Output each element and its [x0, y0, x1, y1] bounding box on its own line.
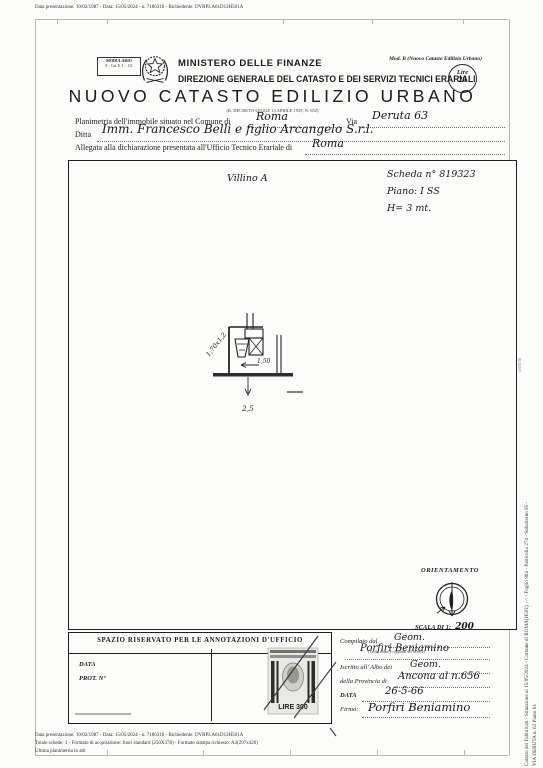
- plan-dim-arrow: 1,50: [257, 358, 271, 365]
- ditta-value: Imm. Francesco Belli e figlio Arcangelo …: [102, 122, 374, 136]
- scanned-cadastral-document: Data presentazione: 10/02/1987 - Data: 1…: [0, 0, 543, 768]
- scala-label: SCALA DI 1:: [415, 624, 451, 631]
- via-value: Deruta 63: [372, 109, 428, 122]
- scan-footer-line3: Ultima planimetria in atti: [35, 749, 86, 754]
- edge-text-line1: Catasto dei Fabbricati - Situazione al 1…: [524, 502, 530, 766]
- albo-label: Iscritto all' Albo dei: [340, 664, 392, 671]
- annotations-box: SPAZIO RISERVATO PER LE ANNOTAZIONI D'UF…: [68, 632, 332, 724]
- document-title: NUOVO CATASTO EDILIZIO URBANO: [35, 86, 510, 107]
- drawing-area: Villino A Scheda n° 819323 Piano: I SS H…: [68, 160, 517, 630]
- plan-dim-bottom: 2,5: [241, 404, 254, 413]
- compass-icon: [429, 579, 475, 621]
- compilato-value: Geom.: [394, 632, 425, 643]
- ruler-tick: [290, 750, 291, 755]
- illegible-printer-note: [75, 713, 131, 715]
- ruler-tick: [377, 750, 378, 755]
- scan-footer-line1: Data presentazione: 10/02/1987 - Data: 1…: [35, 733, 243, 738]
- compiler-data-label: DATA: [340, 692, 357, 699]
- dotted-line: [305, 153, 505, 155]
- piano-note: Piano: I SS: [387, 186, 440, 197]
- scheda-note: Scheda n° 819323: [387, 169, 476, 180]
- state-emblem-icon: [136, 51, 174, 89]
- ditta-label: Ditta: [75, 130, 91, 139]
- firma-value: Porfiri Beniamino: [368, 700, 470, 714]
- ruler-tick: [464, 750, 465, 755]
- sheet-left-border: [35, 19, 36, 756]
- altezza-note: H= 3 mt.: [387, 203, 431, 214]
- albo-value: Geom.: [410, 659, 441, 670]
- scan-footer-line2: Totale schede: 1 - Formato di acquisizio…: [35, 741, 258, 746]
- data-label: DATA: [79, 661, 96, 668]
- provincia-value: Ancona al n.656: [398, 671, 480, 682]
- compiler-data-value: 26-5-66: [385, 686, 424, 697]
- edge-text-line2: VIA DERUTA n. 63 Piano S1: [532, 704, 538, 766]
- directorate-name: DIREZIONE GENERALE DEL CATASTO E DEI SER…: [178, 74, 476, 85]
- mod-b-label: Mod. B (Nuovo Catasto Edilizio Urbano): [352, 56, 482, 62]
- annotations-divider: [211, 649, 212, 721]
- top-ruler-line: [35, 19, 508, 20]
- modulario-box: MODULARIO F. - Cat. E. T. - 111: [97, 57, 141, 76]
- ruler-tick: [463, 19, 464, 24]
- ufficio-label: Allegata alla dichiarazione presentata a…: [75, 143, 292, 152]
- modulario-line2: F. - Cat. E. T. - 111: [98, 64, 140, 70]
- villino-note: Villino A: [227, 173, 268, 184]
- floor-plan-sketch: 1,50 1,70x1,2 2,5: [201, 313, 316, 421]
- orientamento-label: ORIENTAMENTO: [421, 567, 479, 574]
- scala-value: 200: [455, 622, 474, 632]
- ruler-tick: [283, 19, 284, 24]
- lire-value: 20: [449, 76, 476, 84]
- dotted-line: [362, 716, 490, 718]
- ruler-tick: [107, 19, 108, 24]
- bottom-ruler-line: [35, 755, 508, 756]
- print-code: (1959 II): [517, 358, 522, 372]
- ruler-tick: [107, 750, 108, 755]
- revenue-stamp: LIRE 300: [267, 647, 321, 721]
- ufficio-value: Roma: [312, 137, 344, 150]
- prot-label: PROT. N°: [79, 675, 106, 682]
- dotted-line: [362, 126, 505, 128]
- provincia-label: della Provincia di: [340, 678, 387, 685]
- ministry-name: MINISTERO DELLE FINANZE: [178, 58, 322, 69]
- nome-hint: (Titolo, nome e cognome del tecnico): [368, 650, 425, 654]
- plan-dim-diag: 1,70x1,2: [204, 331, 228, 358]
- scan-header-line: Data presentazione: 10/02/1987 - Data: 1…: [35, 5, 243, 10]
- ruler-tick: [372, 19, 373, 24]
- ruler-tick: [203, 750, 204, 755]
- dotted-line: [97, 140, 505, 142]
- stamp-value: LIRE 300: [278, 704, 308, 711]
- firma-label: Firma:: [340, 706, 358, 713]
- ruler-tick: [57, 19, 58, 24]
